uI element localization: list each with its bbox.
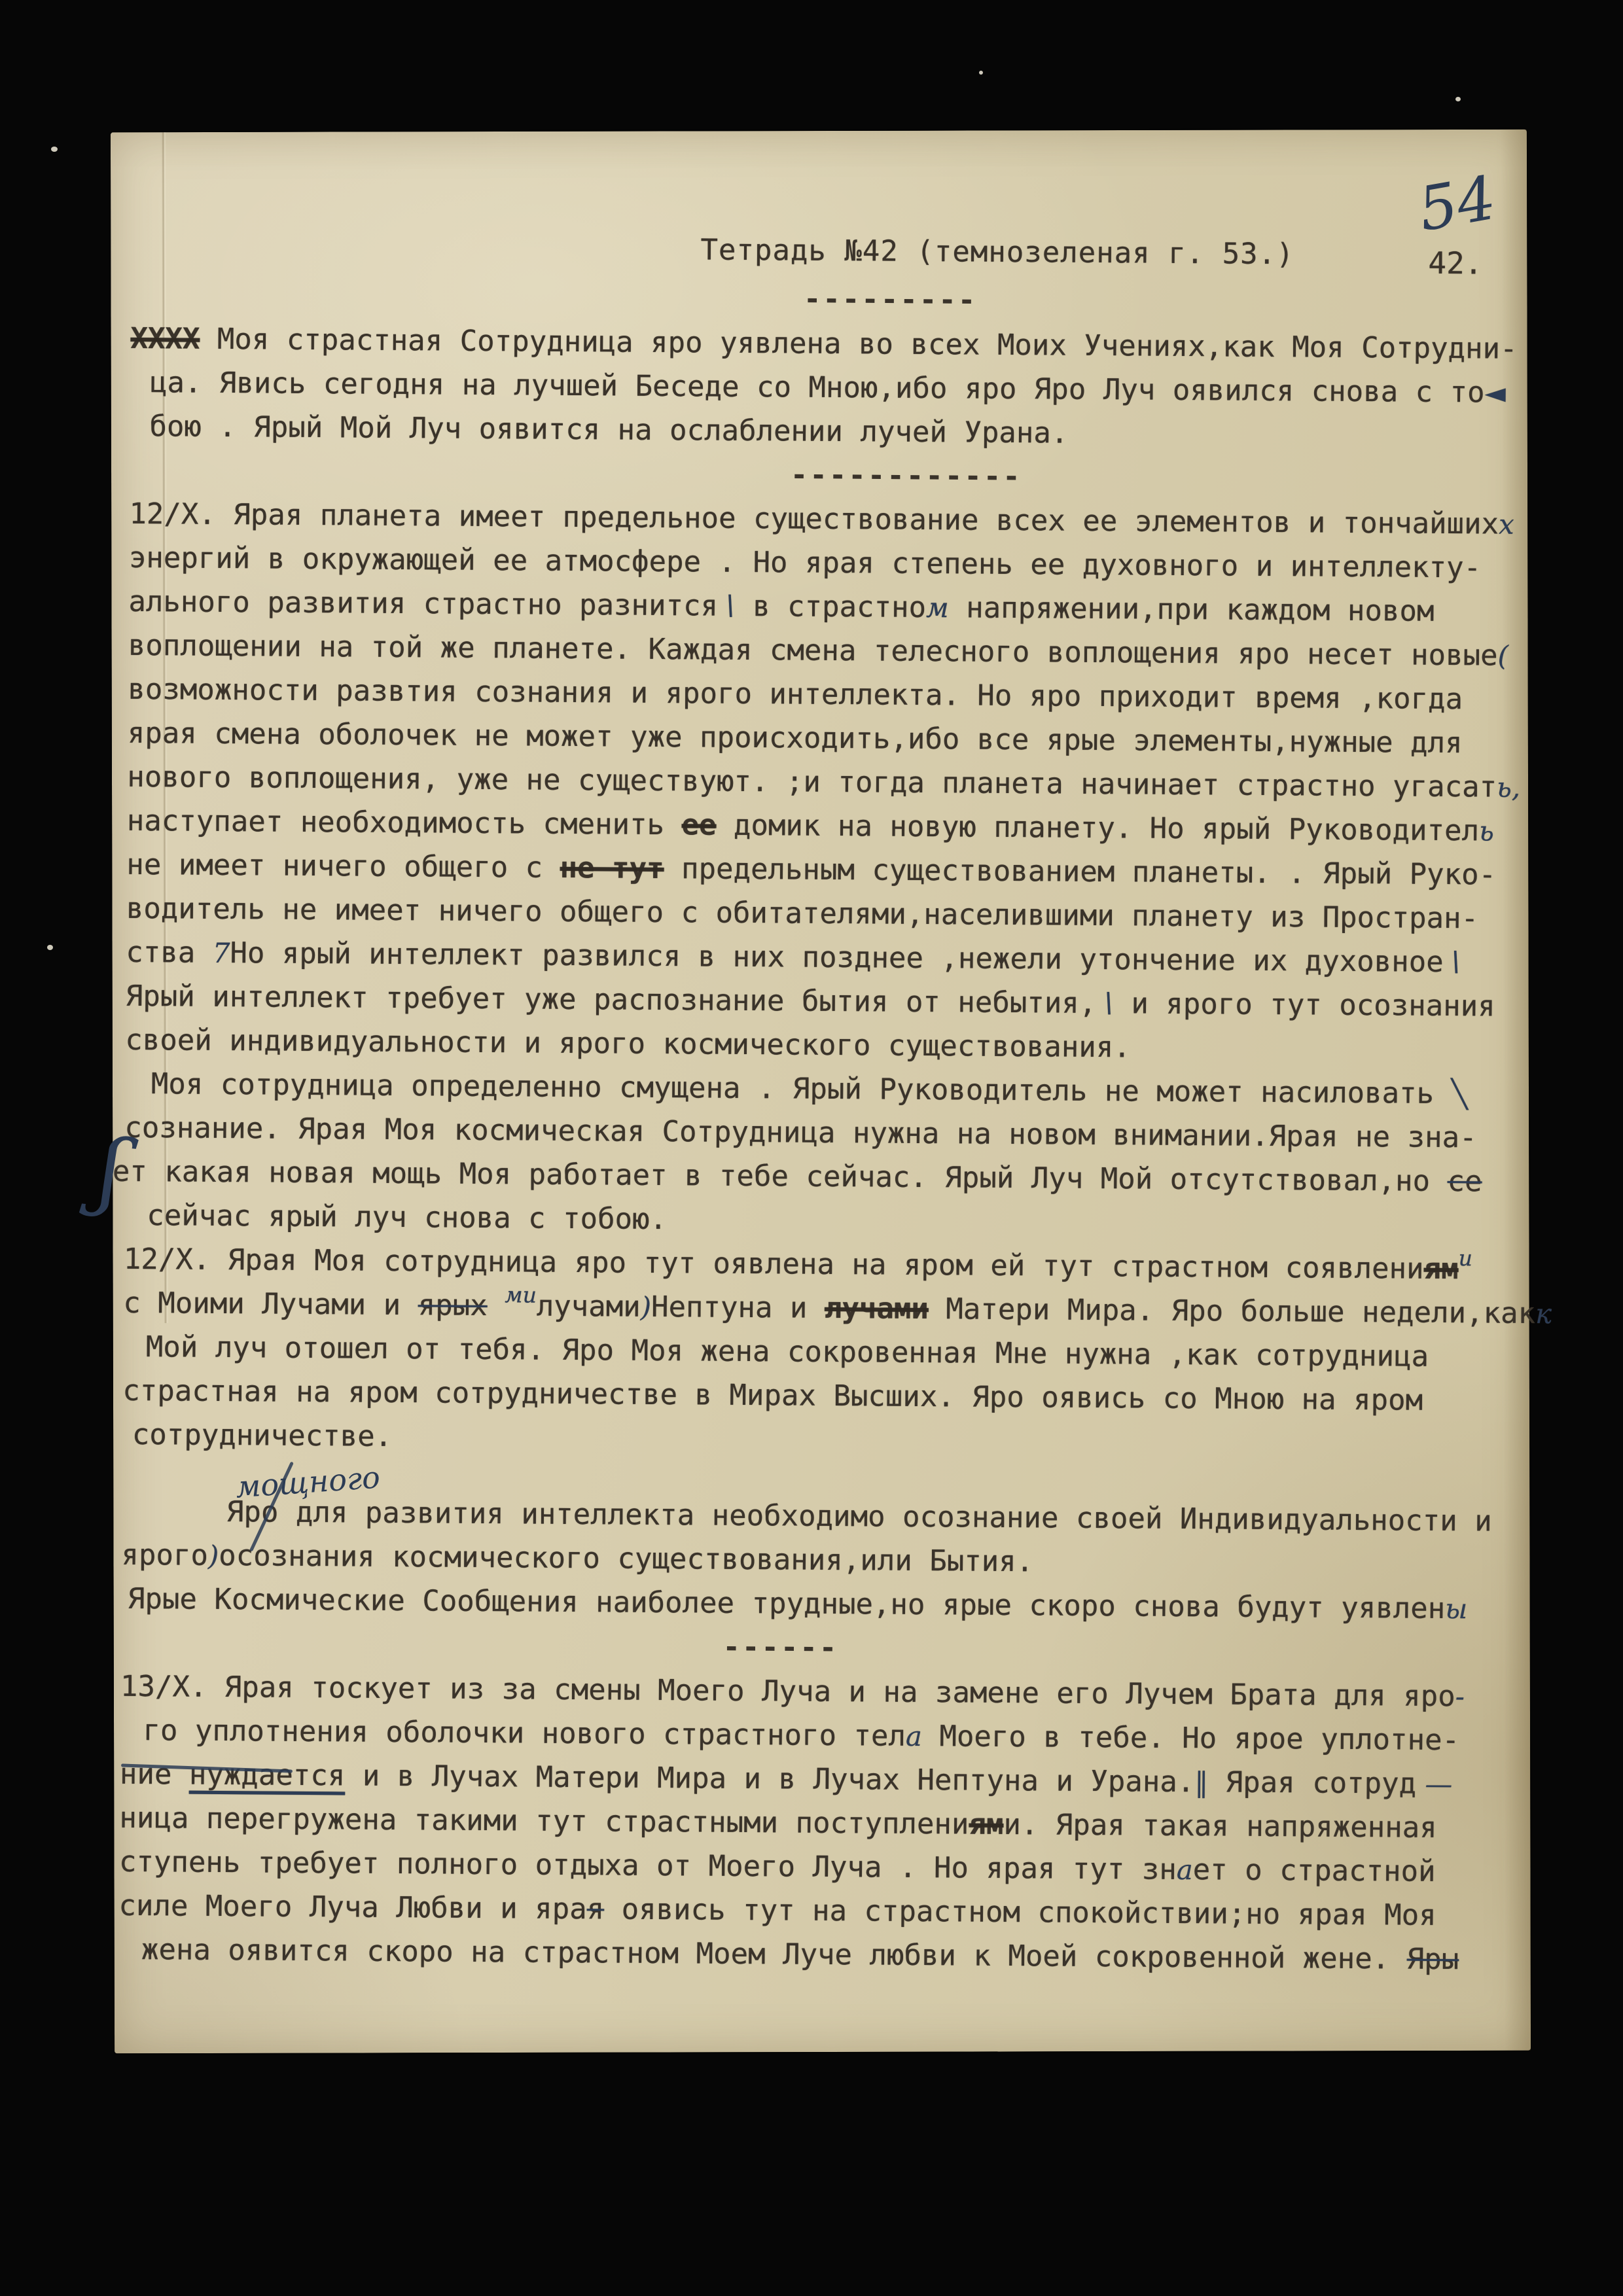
- handwritten-ink-mark: к: [1535, 1298, 1552, 1330]
- dust-speck: [979, 71, 983, 75]
- handwritten-ink-mark: ь: [1479, 815, 1494, 847]
- typed-text: ярая смена оболочек не может уже происхо…: [128, 716, 1463, 760]
- handwritten-ink-mark: —: [1416, 1768, 1452, 1800]
- typed-text: ца. Явись сегодня на лучшей Беседе со Мн…: [150, 366, 1485, 409]
- typed-text: и ярого тут осознания: [1114, 987, 1495, 1023]
- handwritten-ink-mark: ∖: [1096, 987, 1114, 1019]
- typed-text: в страстно: [736, 590, 927, 624]
- struck-typed-text: ям: [1423, 1252, 1458, 1286]
- typed-text: сотрудничестве.: [132, 1418, 393, 1453]
- typed-text: водитель не имеет ничего общего с обитат…: [126, 892, 1479, 936]
- typed-text: с Моими Лучами и: [123, 1286, 418, 1322]
- document-body: ХХХХ Моя страстная Сотрудница яро уявлен…: [118, 317, 1513, 1982]
- typed-text: [487, 1289, 505, 1322]
- typed-text: наступает необходимость сменить: [127, 804, 682, 841]
- typed-text: го уплотнения оболочки нового страстного…: [143, 1714, 906, 1753]
- typed-page-number: 42.: [1428, 245, 1482, 281]
- struck-typed-text: лучами: [825, 1292, 929, 1326]
- typed-text: 12/X. Ярая Моя сотрудница яро тут оявлен…: [124, 1243, 1424, 1286]
- handwritten-ink-mark: ь,: [1497, 771, 1520, 804]
- typed-text: Ярые Космические Сообщения наиболее труд…: [128, 1582, 1446, 1625]
- typed-text: Нептуна и: [651, 1290, 825, 1325]
- ink-strikethrough-text: я: [587, 1892, 605, 1926]
- typed-text: ница перегружена такими тут страстными п…: [119, 1801, 969, 1841]
- typed-text: осознания космического существования,или…: [219, 1539, 1033, 1578]
- handwritten-ink-mark: а: [1177, 1854, 1193, 1886]
- handwritten-ink-mark: ы: [1445, 1593, 1467, 1625]
- ink-strikethrough-text: се: [1447, 1165, 1482, 1198]
- handwritten-ink-mark: ∖: [1444, 946, 1461, 978]
- ink-underlined-text: нуждается: [189, 1758, 346, 1793]
- handwritten-superscript: ми: [505, 1282, 537, 1307]
- typed-text: какая новая мощь Моя работает в тебе сей…: [147, 1155, 1448, 1198]
- typed-text: ства: [126, 936, 213, 970]
- typed-text: жена оявится скоро на страстном Моем Луч…: [141, 1933, 1407, 1976]
- typed-text: ет о страстной: [1193, 1853, 1436, 1888]
- handwritten-page-number: 54: [1414, 163, 1501, 245]
- dust-speck: [1455, 97, 1461, 101]
- typed-text: напряжении,при каждом новом: [949, 591, 1435, 628]
- typed-text: ального развития страстно разнится: [128, 585, 718, 623]
- typed-text: Ярая сотруд: [1208, 1765, 1416, 1800]
- handwritten-ink-mark: ╲: [1451, 1078, 1468, 1110]
- typed-text: лучами: [537, 1290, 641, 1324]
- handwritten-ink-mark: м: [926, 592, 949, 624]
- paper-sheet: Тетрадь №42 (темнозеленая г. 53.) 42. --…: [111, 130, 1531, 2054]
- typed-text: воплощении на той же планете. Каждая сме…: [128, 629, 1498, 673]
- typed-text: 13/X. Ярая тоскует из за смены Моего Луч…: [120, 1670, 1455, 1713]
- handwritten-ink-mark: ): [208, 1540, 219, 1572]
- notebook-title: Тетрадь №42 (темнозеленая г. 53.): [700, 233, 1294, 271]
- typed-text: сознание. Ярая Моя космическая Сотрудниц…: [124, 1111, 1477, 1155]
- typed-text: Яро для развития интеллекта необходимо о…: [226, 1495, 1492, 1538]
- handwritten-ink-mark: 7: [213, 937, 230, 969]
- scanned-document-page: { "colors": {"background":"#060606","pap…: [0, 0, 1623, 2296]
- typed-text: ние: [120, 1757, 189, 1792]
- handwritten-ink-mark: ∖: [718, 590, 736, 622]
- dust-speck: [47, 945, 53, 950]
- dashed-separator: ---------: [804, 283, 978, 317]
- typed-text: сейчас ярый луч снова с тобою.: [147, 1199, 667, 1236]
- typed-text: возможности развтия сознания и ярого инт…: [128, 673, 1463, 716]
- struck-typed-text: ее: [681, 808, 716, 841]
- typed-text: Ярый интеллект требует уже распознание б…: [126, 980, 1097, 1020]
- typed-text: бою . Ярый Мой Луч оявится на ослаблении…: [149, 410, 1068, 450]
- typed-text: ступень требует полного отдыха от Моего …: [119, 1845, 1177, 1886]
- typed-text: страстная на яром сотрудничестве в Мирах…: [122, 1374, 1423, 1417]
- typed-text: ярого: [121, 1538, 208, 1572]
- typed-text: Но ярый интеллект развился в них позднее…: [230, 936, 1444, 979]
- typed-text: Моя страстная Сотрудница яро уявлена во …: [200, 323, 1518, 366]
- handwritten-ink-mark: (: [1497, 640, 1508, 672]
- typed-text: предельным существованием планеты. . Яры…: [664, 852, 1496, 892]
- struck-typed-text: ям: [969, 1808, 1003, 1841]
- typed-text: своей индивидуальности и ярого космическ…: [125, 1023, 1131, 1065]
- typed-text: 12/X. Ярая планета имеет предельное суще…: [129, 497, 1499, 541]
- typed-text: и. Ярая такая напряженная: [1003, 1808, 1437, 1845]
- handwritten-superscript: и: [1459, 1245, 1473, 1271]
- dust-speck: [51, 147, 58, 152]
- ink-strikethrough-text: ярых: [418, 1288, 488, 1322]
- struck-typed-text: ХХХХ: [130, 322, 200, 356]
- typed-text: нового воплощения, уже не существуют. ;и…: [127, 760, 1497, 804]
- typed-text: не имеет ничего общего с: [126, 848, 560, 885]
- typed-content: Тетрадь №42 (темнозеленая г. 53.) 42. --…: [98, 132, 1529, 2064]
- typed-text: и в Лучах Матери Мира и в Лучах Нептуна …: [345, 1759, 1194, 1799]
- ink-strikethrough-text: Яры: [1407, 1943, 1459, 1977]
- typed-text: Моего в тебе. Но ярое уплотне-: [922, 1720, 1460, 1757]
- handwritten-ink-mark: ‖: [1194, 1766, 1208, 1798]
- typed-text: силе Моего Луча Любви и яра: [118, 1889, 587, 1926]
- typed-text: Матери Мира. Яро больше недели,как: [929, 1292, 1536, 1330]
- typed-text: домик на новую планету. Но ярый Руководи…: [716, 809, 1479, 848]
- handwritten-ink-mark: ): [641, 1291, 652, 1323]
- struck-typed-text: не тут: [560, 851, 664, 885]
- typed-text: Мой луч отошел от тебя. Яро Моя жена сок…: [146, 1330, 1429, 1373]
- document-line: жена оявится скоро на страстном Моем Луч…: [141, 1928, 1501, 1982]
- typed-text: энергий в окружающей ее атмосфере . Но я…: [129, 541, 1482, 585]
- handwritten-ink-mark: а: [906, 1720, 922, 1752]
- handwritten-ink-mark: ◄: [1484, 376, 1506, 408]
- handwritten-ink-mark: х: [1499, 508, 1514, 540]
- typed-text: Моя сотрудница определенно смущена . Яры…: [151, 1067, 1452, 1110]
- typed-text: оявись тут на страстном спокойствии;но я…: [604, 1892, 1436, 1932]
- handwritten-ink-mark: -: [1455, 1680, 1464, 1712]
